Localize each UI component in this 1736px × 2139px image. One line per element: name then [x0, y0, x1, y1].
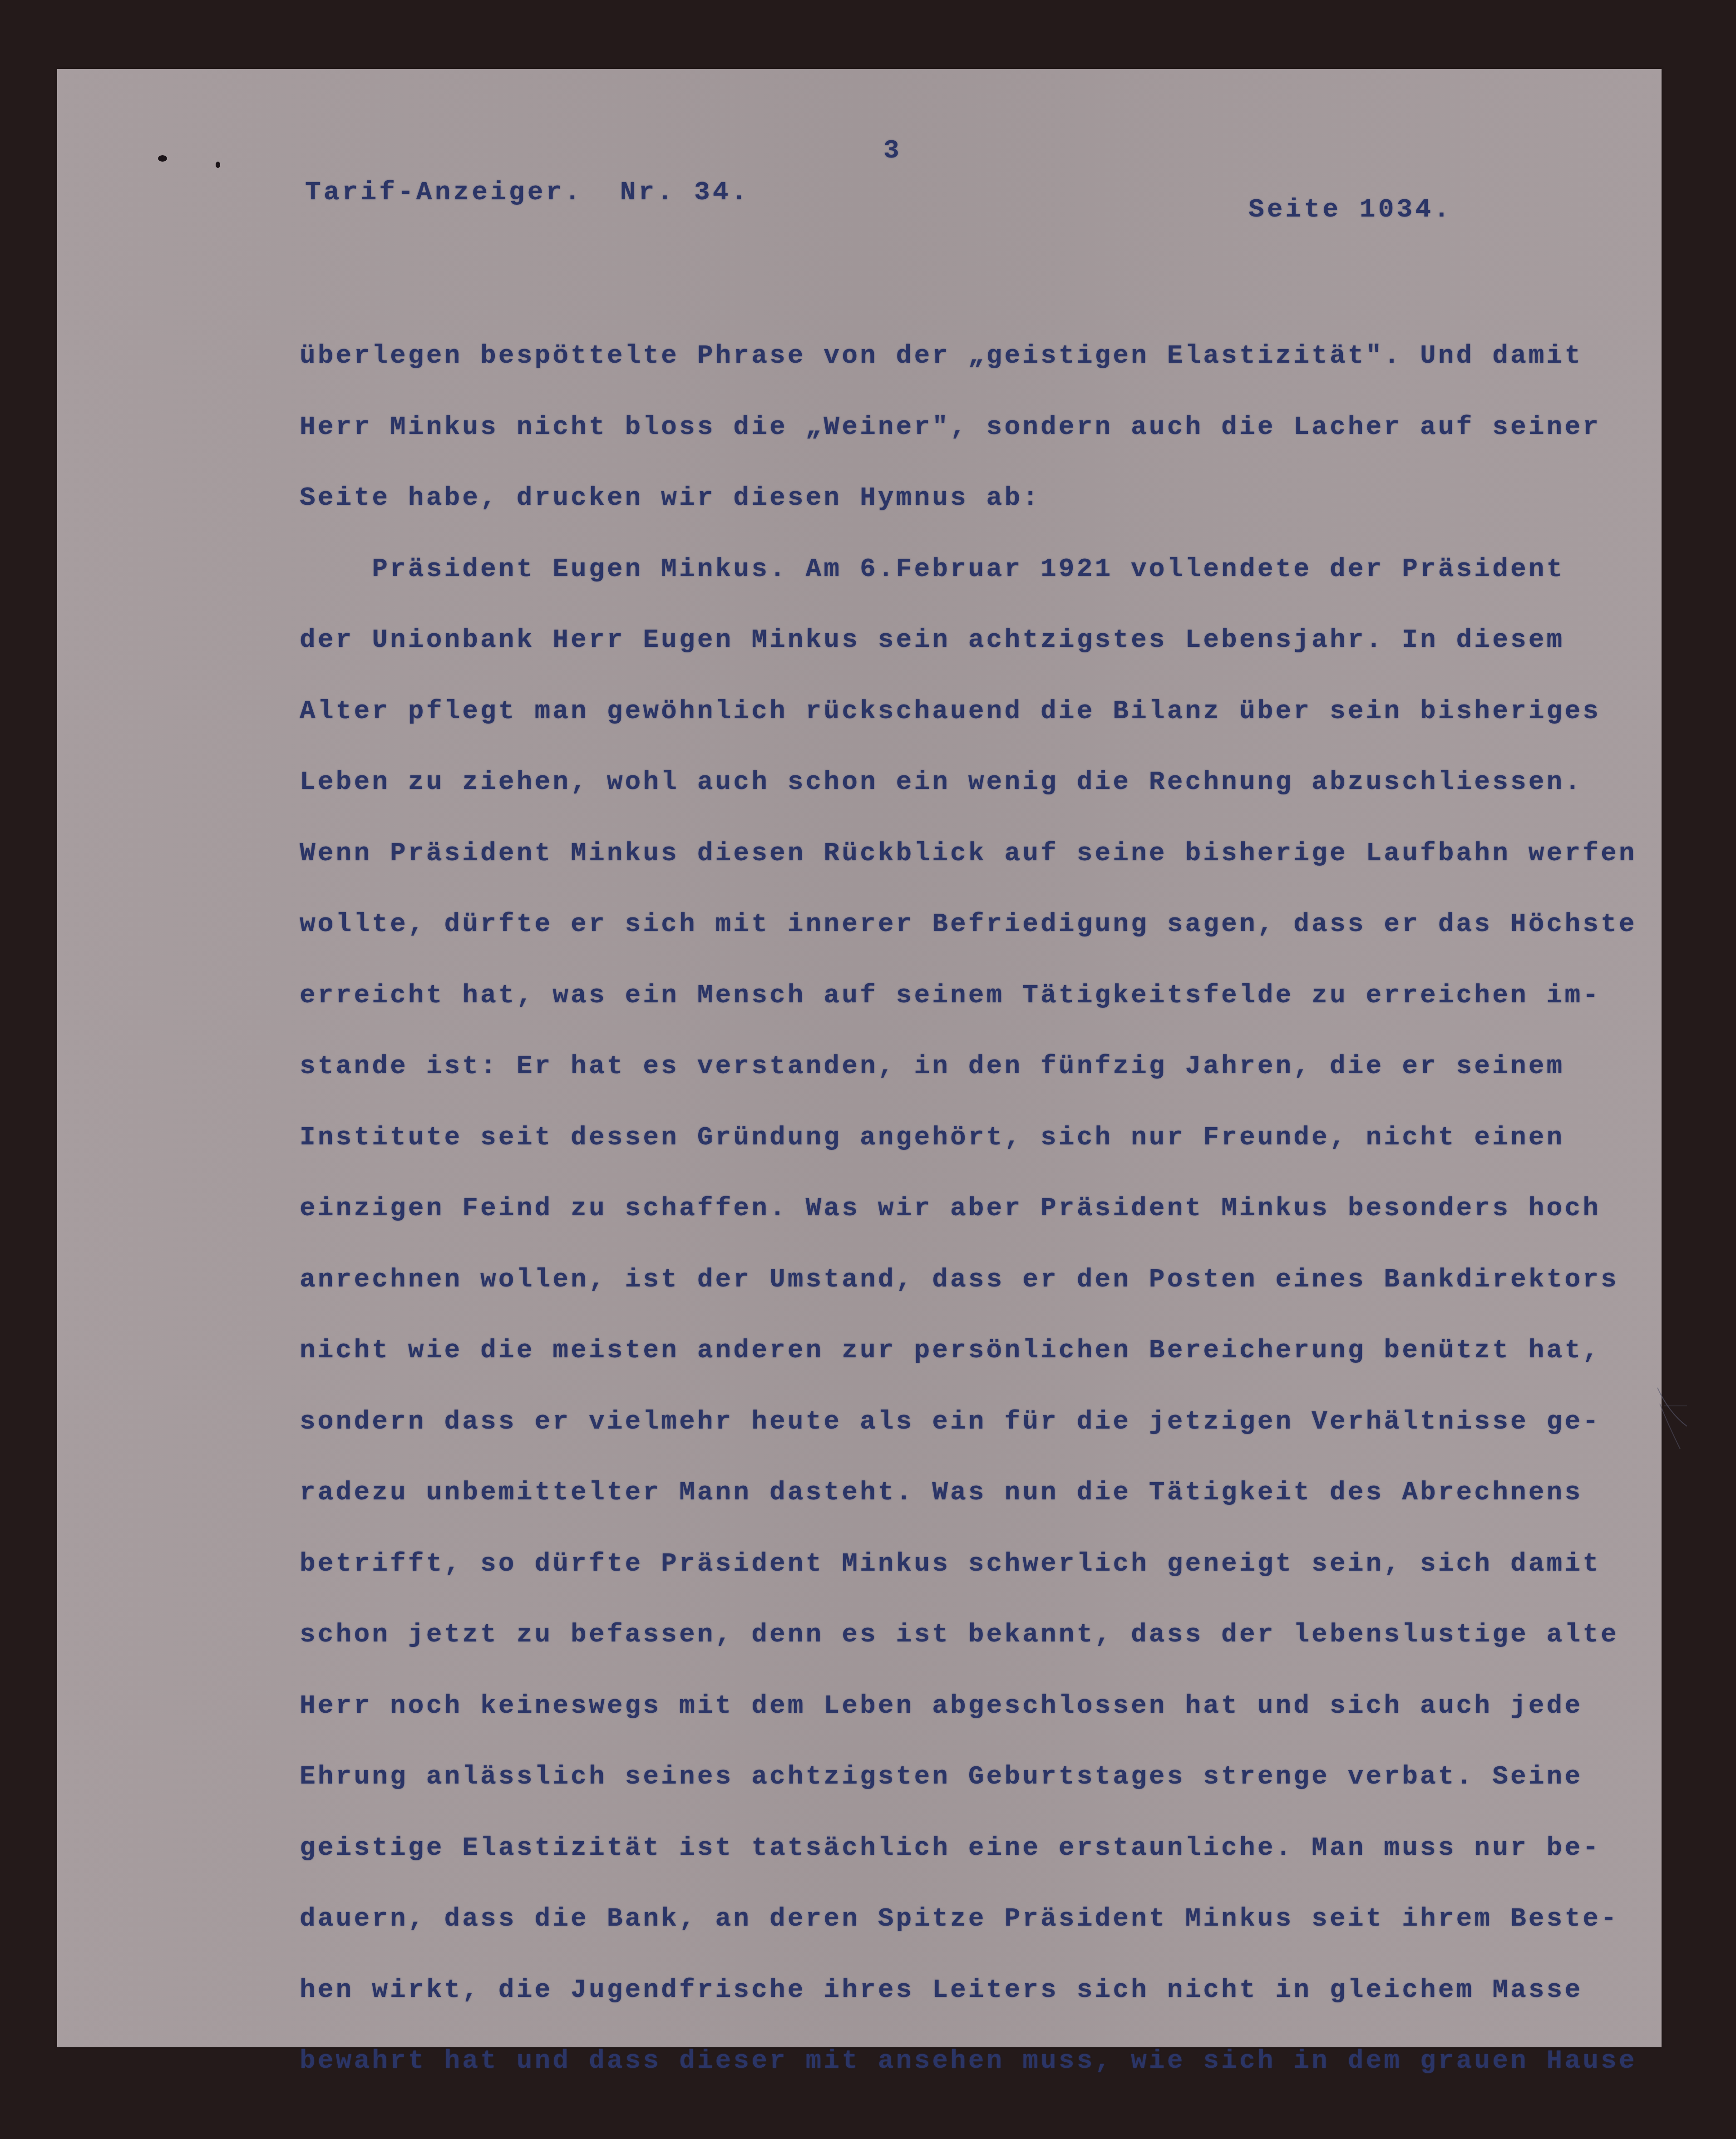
text-line: bewahrt hat und dass dieser mit ansehen … [300, 2048, 1652, 2119]
text-line: Ehrung anlässlich seines achtzigsten Geb… [300, 1764, 1652, 1835]
text-line: Herr Minkus nicht bloss die „Weiner", so… [300, 414, 1652, 485]
text-line: Präsident Eugen Minkus. Am 6.Februar 192… [300, 556, 1652, 627]
text-line: einzigen Feind zu schaffen. Was wir aber… [300, 1195, 1652, 1267]
text-line: geistige Elastizität ist tatsächlich ein… [300, 1835, 1652, 1906]
text-line: wollte, dürfte er sich mit innerer Befri… [300, 911, 1652, 982]
text-line: Herr noch keineswegs mit dem Leben abges… [300, 1693, 1652, 1764]
ink-blot-mark [158, 155, 167, 162]
text-line: Leben zu ziehen, wohl auch schon ein wen… [300, 769, 1652, 840]
text-line: sondern dass er vielmehr heute als ein f… [300, 1409, 1652, 1480]
text-line: hen wirkt, die Jugendfrische ihres Leite… [300, 1977, 1652, 2048]
text-line: radezu unbemittelter Mann dasteht. Was n… [300, 1479, 1652, 1551]
text-line: Wenn Präsident Minkus diesen Rückblick a… [300, 840, 1652, 912]
ink-dot-mark [216, 162, 220, 168]
text-line: schon jetzt zu befassen, denn es ist bek… [300, 1621, 1652, 1693]
text-line: erreicht hat, was ein Mensch auf seinem … [300, 982, 1652, 1054]
pencil-margin-mark-icon [1655, 1385, 1692, 1454]
text-line: Institute seit dessen Gründung angehört,… [300, 1124, 1652, 1196]
text-line: der Unionbank Herr Eugen Minkus sein ach… [300, 627, 1652, 698]
text-line: anrechnen wollen, ist der Umstand, dass … [300, 1267, 1652, 1338]
text-line: Alter pflegt man gewöhnlich rückschauend… [300, 698, 1652, 769]
text-line: Seite habe, drucken wir diesen Hymnus ab… [300, 485, 1652, 556]
text-line: dauern, dass die Bank, an deren Spitze P… [300, 1906, 1652, 1977]
text-line: betrifft, so dürfte Präsident Minkus sch… [300, 1551, 1652, 1622]
page-number: 3 [883, 136, 902, 166]
text-line: überlegen bespöttelte Phrase von der „ge… [300, 343, 1652, 414]
publication-header: Tarif-Anzeiger. Nr. 34. [305, 178, 750, 207]
text-line: nicht wie die meisten anderen zur persön… [300, 1337, 1652, 1409]
page-reference: Seite 1034. [1248, 195, 1452, 225]
text-line: stande ist: Er hat es verstanden, in den… [300, 1053, 1652, 1124]
body-text: überlegen bespöttelte Phrase von der „ge… [300, 343, 1652, 2119]
